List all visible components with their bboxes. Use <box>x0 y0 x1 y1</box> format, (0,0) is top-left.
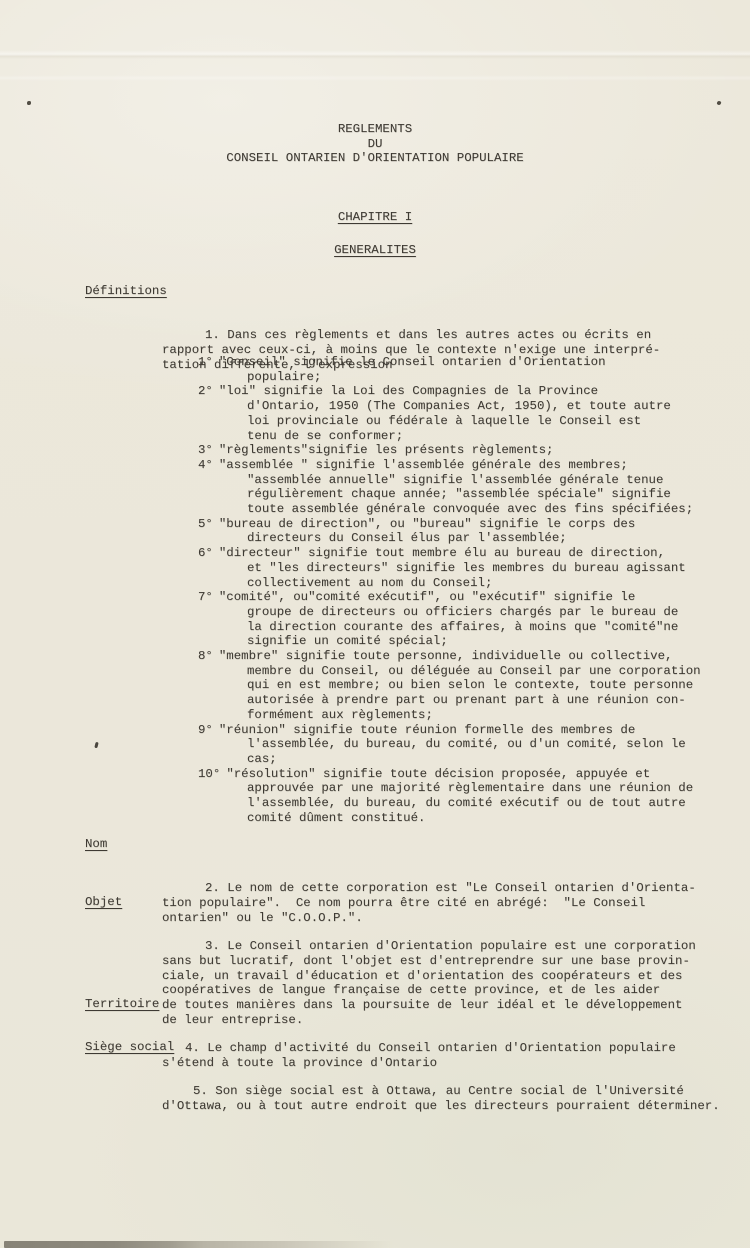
definition-text: "résolution" signifie toute décision pro… <box>226 767 693 825</box>
document-title: REGLEMENTS DU CONSEIL ONTARIEN D'ORIENTA… <box>0 122 750 166</box>
definition-text: "Conseil" signifie le Conseil ontarien d… <box>219 355 606 384</box>
definition-item-4: 4°"assemblée " signifie l'assemblée géné… <box>162 458 744 517</box>
section-label-definitions: Définitions <box>85 284 167 299</box>
paper-crease-2 <box>0 75 750 81</box>
definition-text: "réunion" signifie toute réunion formell… <box>219 723 686 766</box>
chapter-heading: CHAPITRE I <box>338 210 412 224</box>
definition-text: "membre" signifie toute personne, indivi… <box>219 649 701 722</box>
section-label-territoire: Territoire <box>85 997 159 1012</box>
definition-item-6: 6°"directeur" signifie tout membre élu a… <box>162 546 744 590</box>
definition-item-7: 7°"comité", ou"comité exécutif", ou "exé… <box>162 590 744 649</box>
siege-social-paragraph: 5. Son siège social est à Ottawa, au Cen… <box>162 1084 740 1113</box>
section-siege-social: Siège social 5. Son siège social est à O… <box>162 1040 740 1143</box>
definition-item-9: 9°"réunion" signifie toute réunion forme… <box>162 723 744 767</box>
section-label-siege-social: Siège social <box>85 1040 174 1055</box>
definition-text: "comité", ou"comité exécutif", ou "exécu… <box>219 590 678 648</box>
definition-number: 9° <box>198 723 213 737</box>
definition-item-3: 3°"règlements"signifie les présents règl… <box>162 443 744 458</box>
scan-speck-left <box>27 101 31 105</box>
document-page: REGLEMENTS DU CONSEIL ONTARIEN D'ORIENTA… <box>0 0 750 1248</box>
stray-ink-mark <box>94 742 98 748</box>
definition-number: 10° <box>198 767 220 781</box>
definition-item-2: 2°"loi" signifie la Loi des Compagnies d… <box>162 384 744 443</box>
definition-text: "bureau de direction", ou "bureau" signi… <box>219 517 635 546</box>
scan-edge-artifact <box>4 1241 504 1248</box>
definitions-list: 1°"Conseil" signifie le Conseil ontarien… <box>162 355 744 826</box>
definition-number: 5° <box>198 517 213 531</box>
section-label-nom: Nom <box>85 837 107 852</box>
paper-crease <box>0 50 750 59</box>
definition-number: 2° <box>198 384 213 398</box>
definition-number: 4° <box>198 458 213 472</box>
definition-number: 7° <box>198 590 213 604</box>
scan-speck-right <box>716 100 721 105</box>
definition-item-8: 8°"membre" signifie toute personne, indi… <box>162 649 744 723</box>
definition-item-10: 10°"résolution" signifie toute décision … <box>162 767 744 826</box>
definition-text: "directeur" signifie tout membre élu au … <box>219 546 686 589</box>
definition-text: "assemblée " signifie l'assemblée généra… <box>219 458 693 516</box>
definition-number: 1° <box>198 355 213 369</box>
definition-number: 8° <box>198 649 213 663</box>
definition-item-1: 1°"Conseil" signifie le Conseil ontarien… <box>162 355 744 384</box>
definition-number: 6° <box>198 546 213 560</box>
chapter-subtitle: GENERALITES <box>334 243 416 257</box>
definition-number: 3° <box>198 443 213 457</box>
definition-text: "loi" signifie la Loi des Compagnies de … <box>219 384 671 442</box>
section-label-objet: Objet <box>85 895 122 910</box>
definition-item-5: 5°"bureau de direction", ou "bureau" sig… <box>162 517 744 546</box>
definition-text: "règlements"signifie les présents règlem… <box>219 443 554 457</box>
